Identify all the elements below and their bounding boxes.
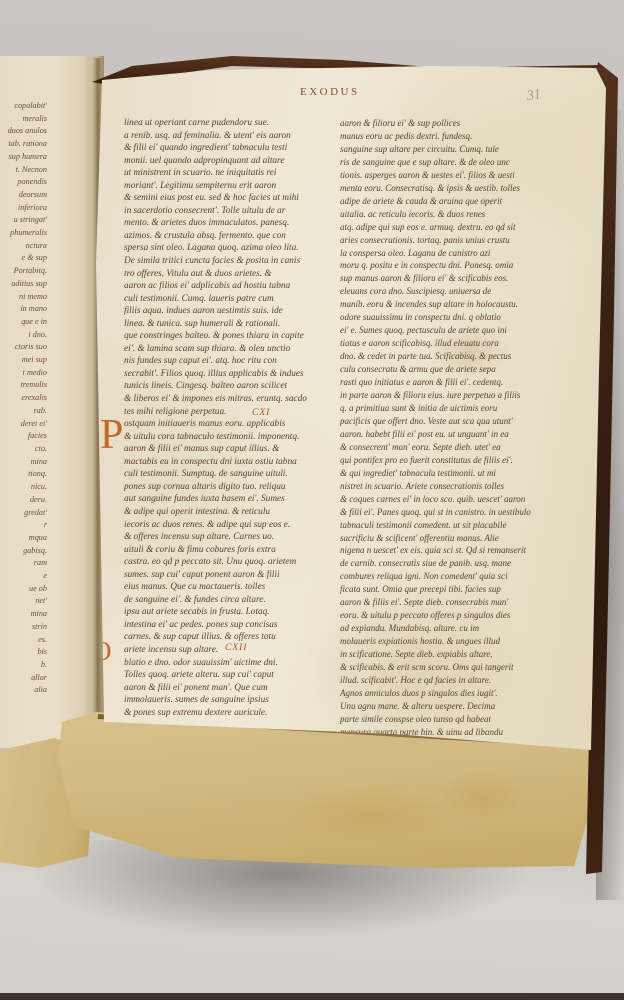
- facing-page-text-fragment: strin: [0, 621, 47, 634]
- facing-page-text-fragment: nicu.: [0, 481, 47, 494]
- manuscript-text-line: illud. scificabit'. Hoc e qd facies in a…: [340, 674, 558, 687]
- drop-cap-initial-p: P: [100, 414, 123, 456]
- manuscript-text-line: in scificatione. Septe dieb. expiabis al…: [340, 648, 558, 661]
- facing-page-text-fragment: nctura: [0, 240, 47, 253]
- manuscript-text-line: eleuans cora dno. Suscipiesq. uniuersa d…: [340, 285, 558, 298]
- manuscript-text-line: q. a primitiua sunt & initia de uictimis…: [340, 402, 558, 415]
- manuscript-text-line: aaron ac filios ei' adplicabis ad hostiu…: [124, 280, 336, 293]
- manuscript-text-line: intestina ei' ac pedes. pones sup concis…: [124, 619, 336, 632]
- manuscript-text-line: tionis. asperges aaron & uestes ei'. fil…: [340, 169, 558, 182]
- running-title: EXODUS: [300, 86, 360, 98]
- facing-page-text-fragment: Portabitq.: [0, 265, 47, 278]
- facing-page-text-fragment: t. Necnon: [0, 164, 47, 177]
- facing-page-text-fragment: ue ob: [0, 583, 47, 596]
- facing-page-text-fragment: bis: [0, 646, 47, 659]
- manuscript-text-line: aut sanguine fundes iuxta basem ei'. Sum…: [124, 493, 336, 506]
- facing-page-text-fragment: sup humera: [0, 151, 47, 164]
- manuscript-text-line: moriant'. Legitimu sempiternu erit aaron: [124, 180, 336, 193]
- facing-page-text-fragment: uditius sup: [0, 278, 47, 291]
- manuscript-text-line: linea. & tunica. sup humerali & rational…: [124, 318, 336, 331]
- manuscript-text-line: molaueris expiationis hostia. & ungues i…: [340, 635, 558, 648]
- chapter-number-cxii: CXII: [225, 643, 247, 653]
- manuscript-text-line: & liberos ei' & impones eis mitras. erun…: [124, 393, 336, 406]
- manuscript-text-line: combures reliqua igni. Non comedent' qui…: [340, 570, 558, 583]
- manuscript-text-line: blatio e dno. odor suauissim' uictime dn…: [124, 657, 336, 670]
- facing-page-text-fragment: inferiora: [0, 202, 47, 215]
- manuscript-text-line: que constringes balteo. & pones thiara i…: [124, 330, 336, 343]
- manuscript-text-line: Agnos anniculos duos p singulos dies iug…: [340, 687, 558, 700]
- facing-page-text-fragment: tionq.: [0, 468, 47, 481]
- facing-page-text-fragment: u stringat': [0, 214, 47, 227]
- facing-page-text-fragment: ctoris suo: [0, 341, 47, 354]
- facing-page-text-fragment: meralis: [0, 113, 47, 126]
- manuscript-text-line: tabnaculi testimonii comedent. ut sit pl…: [340, 519, 558, 532]
- manuscript-text-line: ei'. & lamina scam sup thiara. & oleu un…: [124, 343, 336, 356]
- facing-page-text-fragment: gabisq.: [0, 545, 47, 558]
- facing-page-text-fragment: e & sup: [0, 252, 47, 265]
- manuscript-text-line: tiatus e aaron scificabisq. illud eleuat…: [340, 337, 558, 350]
- manuscript-text-line: de carnib. consecratis siue de panib. us…: [340, 557, 558, 570]
- facing-page-text-fragment: erexalis: [0, 392, 47, 405]
- facing-page-text-fragment: net': [0, 595, 47, 608]
- manuscript-text-line: nis fundes sup caput ei'. atq. hoc ritu …: [124, 355, 336, 368]
- manuscript-text-line: uituli & coriu & fimu cobures foris extr…: [124, 544, 336, 557]
- manuscript-text-line: & coques carnes ei' in loco sco. quib. u…: [340, 493, 558, 506]
- facing-page-text-fragment: gredat': [0, 507, 47, 520]
- manuscript-text-line: Unu agnu mane. & alteru uespere. Decima: [340, 700, 558, 713]
- manuscript-text-line: sacrificiu & scificent' offerentiu manus…: [340, 532, 558, 545]
- folio-number: 31: [526, 87, 542, 105]
- manuscript-page: EXODUS 31 linea ut operiant carne pudend…: [94, 62, 608, 754]
- manuscript-text-line: & filii ei'. Panes quoq. qui st in canis…: [340, 506, 558, 519]
- facing-page-text-fragment: r: [0, 519, 47, 532]
- manuscript-text-line: linea ut operiant carne pudendoru sue.: [124, 117, 336, 130]
- manuscript-text-line: & offeres incensu sup altare. Carnes uo.: [124, 531, 336, 544]
- manuscript-text-line: de sanguine ei'. & fundes circa altare.: [124, 594, 336, 607]
- manuscript-text-line: uitalia. ac reticulu iecoris. & duos ren…: [340, 208, 558, 221]
- facing-page-text-fragment: ni memo: [0, 291, 47, 304]
- facing-page-text-fragment: i dno.: [0, 329, 47, 342]
- photo-background: copulabit'meralisduos anulostab. rationa…: [0, 0, 624, 1000]
- facing-page-text-fragment: ponendis: [0, 176, 47, 189]
- facing-page-text-fragment: rab.: [0, 405, 47, 418]
- manuscript-text-line: eoru. & uitulu p peccato offeres p singu…: [340, 609, 558, 622]
- facing-page-text-fragment: ram: [0, 557, 47, 570]
- manuscript-text-line: spersa sint oleo. Lagana quoq. azima ole…: [124, 242, 336, 255]
- manuscript-text-line: & pones sup extremu dextere auricule.: [124, 707, 336, 720]
- manuscript-text-line: atq. adipe qui sup eos e. armuq. dextru.…: [340, 221, 558, 234]
- facing-page-line-endings: copulabit'meralisduos anulostab. rationa…: [0, 100, 47, 710]
- manuscript-text-line: culi testimonii. Sumptuq. de sanguine ui…: [124, 468, 336, 481]
- manuscript-text-line: tro offeres. Vitulu aut & duos arietes. …: [124, 268, 336, 281]
- facing-page-text-fragment: e: [0, 570, 47, 583]
- facing-page-text-fragment: cto.: [0, 443, 47, 456]
- manuscript-text-line: & semini eius post eu. sed & hoc facies …: [124, 192, 336, 205]
- facing-page-text-fragment: mqua: [0, 532, 47, 545]
- manuscript-text-line: mactabis eu in conspectu dni iuxta ostiu…: [124, 456, 336, 469]
- manuscript-text-line: & uitulu cora tabnaculo testimonii. impo…: [124, 431, 336, 444]
- manuscript-text-line: la conspersa oleo. Laganu de canistro az…: [340, 247, 558, 260]
- facing-page-text-fragment: in mano: [0, 303, 47, 316]
- facing-page-text-fragment: allor: [0, 672, 47, 685]
- manuscript-text-line: culi testimonii. Cumq. laueris patre cum: [124, 293, 336, 306]
- facing-page-text-fragment: copulabit': [0, 100, 47, 113]
- facing-page-text-fragment: alia: [0, 684, 47, 697]
- manuscript-text-line: secrabit'. Filios quoq. illius applicabi…: [124, 368, 336, 381]
- manuscript-text-line: dno. & cedet in parte tua. Scificabisq. …: [340, 350, 558, 363]
- manuscript-text-line: & filii ei' quando ingredient' tabnaculu…: [124, 142, 336, 155]
- manuscript-text-line: manib. eoru & incendes sup altare in hol…: [340, 298, 558, 311]
- manuscript-text-line: in parte aaron & filioru eius. iure perp…: [340, 389, 558, 402]
- facing-page-text-fragment: phumeralis: [0, 227, 47, 240]
- manuscript-text-line: ostquam initiaueris manus eoru. applicab…: [124, 418, 336, 431]
- manuscript-text-line: aries consecrationis. tortaq. panis uniu…: [340, 234, 558, 247]
- manuscript-text-line: aaron & filii ei' manus sup caput illius…: [124, 443, 336, 456]
- manuscript-text-line: odore suauissimu in conspectu dni. q obl…: [340, 311, 558, 324]
- manuscript-text-line: mento. & arietes duos immaculatos. panes…: [124, 217, 336, 230]
- facing-page-text-fragment: tab. rationa: [0, 138, 47, 151]
- manuscript-text-line: in sacerdotio consecrent'. Tolle uitulu …: [124, 205, 336, 218]
- manuscript-text-line: sanguine sup altare per circuitu. Cumq. …: [340, 143, 558, 156]
- manuscript-text-line: nistret in scuario. Ariete consecrationi…: [340, 480, 558, 493]
- manuscript-text-line: tes mihi religione perpetua.: [124, 406, 336, 419]
- text-column-right: aaron & filioru ei' & sup pollicesmanus …: [340, 117, 558, 747]
- manuscript-text-line: De simila tritici cuncta facies & posita…: [124, 255, 336, 268]
- manuscript-text-line: aaron & filiis ei'. Septe dieb. consecra…: [340, 596, 558, 609]
- facing-page-text-fragment: t medio: [0, 367, 47, 380]
- manuscript-text-line: filiis aqua. indues aaron uestimtis suis…: [124, 305, 336, 318]
- manuscript-text-line: & scificabis. & erit scm scoru. Oms qui …: [340, 661, 558, 674]
- manuscript-text-line: sup manus aaron & filioru ei' & scificab…: [340, 272, 558, 285]
- manuscript-text-line: a renib. usq. ad feminalia. & utent' eis…: [124, 130, 336, 143]
- facing-page-text-fragment: facies: [0, 430, 47, 443]
- manuscript-text-line: culu consecratu & armu que de ariete sep…: [340, 363, 558, 376]
- facing-page-text-fragment: mina: [0, 456, 47, 469]
- manuscript-text-line: ei' e. Sumes quoq. pectusculu de ariete …: [340, 324, 558, 337]
- manuscript-text-line: & qui ingrediet' tabnaculu testimonii. u…: [340, 467, 558, 480]
- facing-page-text-fragment: es.: [0, 634, 47, 647]
- facing-page-text-fragment: que e in: [0, 316, 47, 329]
- manuscript-text-line: sumes. sup cui' caput ponent aaron & fil…: [124, 569, 336, 582]
- manuscript-text-line: aaron. habebt filii ei' post eu. ut ungu…: [340, 428, 558, 441]
- facing-page-text-fragment: deret ei': [0, 418, 47, 431]
- manuscript-text-line: eius manus. Que cu mactaueris. tolles: [124, 581, 336, 594]
- facing-page-text-fragment: deru.: [0, 494, 47, 507]
- manuscript-text-line: Tolles quoq. ariete alteru. sup cui' cap…: [124, 669, 336, 682]
- manuscript-text-line: castra. eo qd p peccato sit. Unu quoq. a…: [124, 556, 336, 569]
- manuscript-text-line: manus eoru ac pedis dextri. fundesq.: [340, 130, 558, 143]
- manuscript-text-line: pones sup cornua altaris digito tuo. rel…: [124, 481, 336, 494]
- manuscript-text-line: menta eoru. Consecratisq. & ipsis & uest…: [340, 182, 558, 195]
- photo-bottom-edge: [0, 993, 624, 1000]
- manuscript-text-line: nigena n uescet' ex eis. quia sci st. Qd…: [340, 544, 558, 557]
- manuscript-text-line: monii. uel quando adpropinquant ad altar…: [124, 155, 336, 168]
- facing-page-text-fragment: mei sup: [0, 354, 47, 367]
- manuscript-text-line: ipsu aut ariete secabis in frusta. Lotaq…: [124, 606, 336, 619]
- manuscript-text-line: ad expiandu. Mundabisq. altare. cu im: [340, 622, 558, 635]
- facing-page-text-fragment: duos anulos: [0, 125, 47, 138]
- manuscript-text-line: rasti quo initiatus e aaron & filii ei'.…: [340, 376, 558, 389]
- facing-page-text-fragment: b.: [0, 659, 47, 672]
- manuscript-text-line: azimos. & crustula absq. fermento. que c…: [124, 230, 336, 243]
- manuscript-text-line: qui pontifex pro eo fuerit constitutus d…: [340, 454, 558, 467]
- text-column-left: linea ut operiant carne pudendoru sue.a …: [124, 117, 336, 727]
- chapter-number-cxi: CXI: [252, 408, 270, 418]
- manuscript-text-line: ris de sanguine que e sup altare. & de o…: [340, 156, 558, 169]
- manuscript-text-line: moru q. positu e in conspectu dni. Pones…: [340, 259, 558, 272]
- manuscript-text-line: parte simile conspse oleo tunso qd habea…: [340, 713, 558, 726]
- manuscript-text-line: ficata sunt. Omia que precepi tibi. faci…: [340, 583, 558, 596]
- manuscript-text-line: iecoris ac duos renes. & adipe qui sup e…: [124, 519, 336, 532]
- manuscript-text-line: adipe de ariete & cauda & aruina que ope…: [340, 195, 558, 208]
- facing-page-text-fragment: deorsum: [0, 189, 47, 202]
- facing-page-text-fragment: tremulis: [0, 379, 47, 392]
- manuscript-text-line: immolaueris. sumes de sanguine ipsius: [124, 694, 336, 707]
- manuscript-text-line: aaron & filii ei' ponent man'. Que cum: [124, 682, 336, 695]
- facing-page-text-fragment: mina: [0, 608, 47, 621]
- manuscript-text-line: ut ministrent in scuario. ne iniquitatis…: [124, 167, 336, 180]
- manuscript-text-line: aaron & filioru ei' & sup pollices: [340, 117, 558, 130]
- manuscript-text-line: tunicis lineis. Cingesq. balteo aaron sc…: [124, 380, 336, 393]
- manuscript-text-line: & consecrent' man' eoru. Septe dieb. ute…: [340, 441, 558, 454]
- manuscript-text-line: pacificis que offert dno. Veste aut sca …: [340, 415, 558, 428]
- manuscript-text-line: & adipe qui operit intestina. & reticulu: [124, 506, 336, 519]
